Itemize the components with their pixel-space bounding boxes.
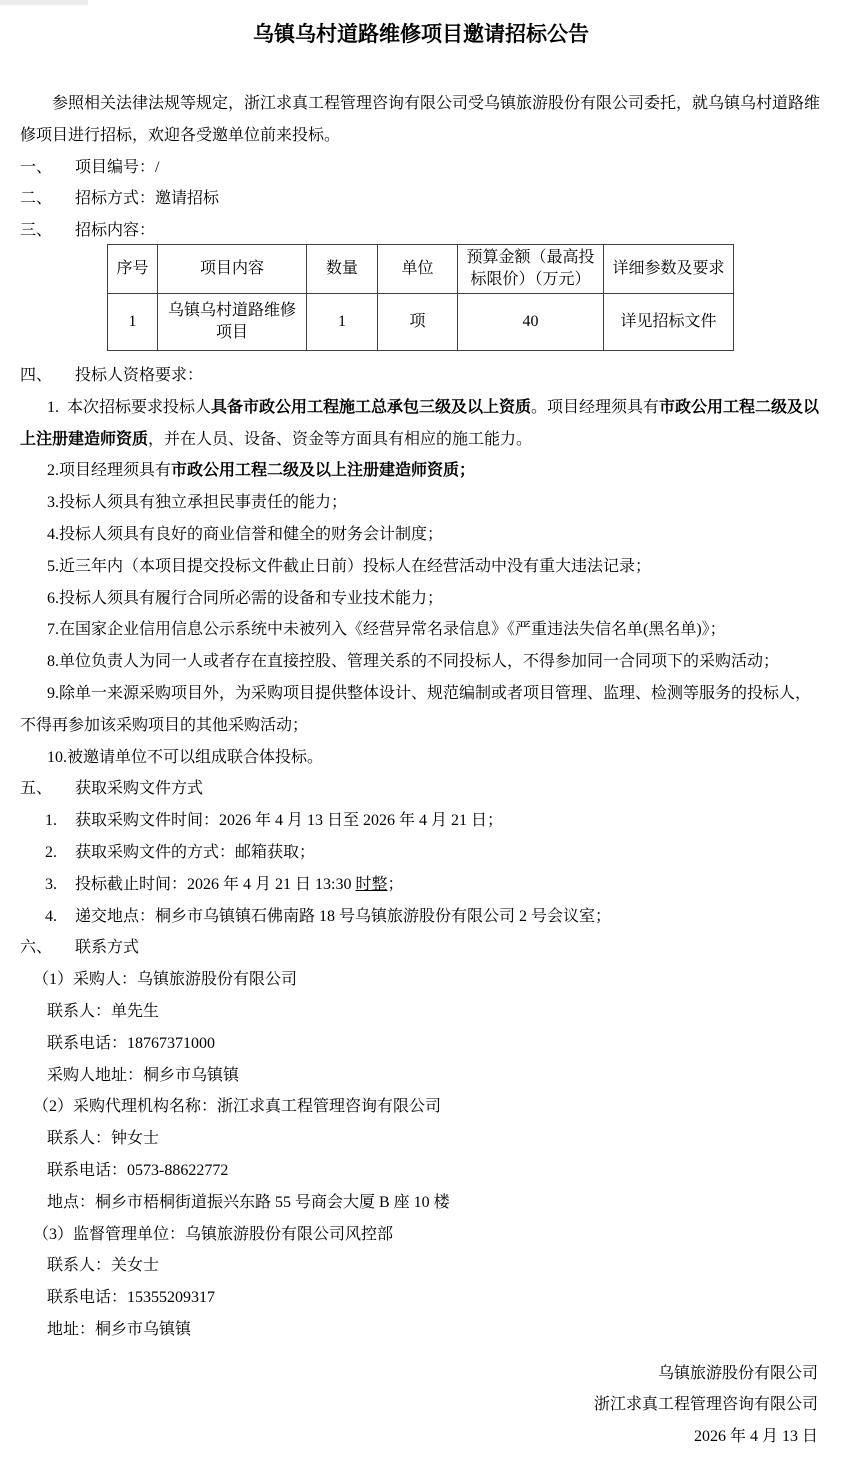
text-segment: 投标截止时间：2026 年 4 月 21 日 13:30 — [75, 876, 355, 893]
section-tender-content: 三、招标内容： — [0, 215, 842, 247]
text-segment: 1. 本次招标要求投标人 — [47, 399, 211, 416]
tender-items-table: 序号 项目内容 数量 单位 预算金额（最高投标限价）（万元） 详细参数及要求 1… — [107, 244, 734, 351]
header-cell-unit: 单位 — [378, 244, 458, 293]
header-cell-seq: 序号 — [108, 244, 158, 293]
text-segment: 递交地点：桐乡市乌镇镇石佛南路 18 号乌镇旅游股份有限公司 2 号会议室； — [75, 908, 611, 925]
section-tender-method: 二、招标方式：邀请招标 — [0, 183, 842, 215]
section-text: 项目编号：/ — [75, 159, 159, 176]
qualification-item-9: 9.除单一来源采购项目外，为采购项目提供整体设计、规范编制或者项目管理、监理、检… — [0, 678, 842, 742]
section-marker: 二、 — [20, 183, 75, 215]
text-segment: ，并在人员、设备、资金等方面具有相应的施工能力。 — [148, 431, 532, 448]
header-cell-qty: 数量 — [307, 244, 378, 293]
scan-artifact-bar — [0, 0, 88, 5]
contact-group-agency: （2）采购代理机构名称：浙江求真工程管理咨询有限公司 — [0, 1091, 842, 1123]
document-title: 乌镇乌村道路维修项目邀请招标公告 — [0, 0, 842, 46]
cell-seq: 1 — [108, 293, 158, 350]
contact-phone: 联系电话：0573-88622772 — [0, 1155, 842, 1187]
qualification-item-4: 4.投标人须具有良好的商业信誉和健全的财务会计制度； — [0, 519, 842, 551]
section-text: 招标方式：邀请招标 — [75, 190, 219, 207]
section-bidder-qualifications: 四、投标人资格要求： — [0, 360, 842, 392]
text-segment: 9.除单一来源采购项目外，为采购项目提供整体设计、规范编制或者项目管理、监理、检… — [20, 685, 811, 734]
section-marker: 三、 — [20, 215, 75, 247]
text-segment: 10.被邀请单位不可以组成联合体投标。 — [47, 749, 323, 766]
section-text: 联系方式 — [75, 939, 139, 956]
signature-date: 2026 年 4 月 13 日 — [0, 1421, 818, 1453]
table-row: 1 乌镇乌村道路维修项目 1 项 40 详见招标文件 — [108, 293, 734, 350]
text-segment: 5.近三年内（本项目提交投标文件截止日前）投标人在经营活动中没有重大违法记录； — [47, 558, 651, 575]
qualification-item-6: 6.投标人须具有履行合同所必需的设备和专业技术能力； — [0, 583, 842, 615]
cell-params: 详见招标文件 — [604, 293, 734, 350]
contact-person: 联系人：钟女士 — [0, 1123, 842, 1155]
tender-announcement-document: 乌镇乌村道路维修项目邀请招标公告 参照相关法律法规等规定，浙江求真工程管理咨询有… — [0, 0, 842, 1463]
procurement-item-4: 4.递交地点：桐乡市乌镇镇石佛南路 18 号乌镇旅游股份有限公司 2 号会议室； — [0, 901, 842, 933]
item-text: 递交地点：桐乡市乌镇镇石佛南路 18 号乌镇旅游股份有限公司 2 号会议室； — [75, 908, 611, 925]
section-marker: 一、 — [20, 152, 75, 184]
signature-block: 乌镇旅游股份有限公司 浙江求真工程管理咨询有限公司 2026 年 4 月 13 … — [0, 1358, 842, 1453]
qualification-item-8: 8.单位负责人为同一人或者存在直接控股、管理关系的不同投标人，不得参加同一合同项… — [0, 646, 842, 678]
item-number: 3. — [45, 869, 75, 901]
table-header-row: 序号 项目内容 数量 单位 预算金额（最高投标限价）（万元） 详细参数及要求 — [108, 244, 734, 293]
item-number: 1. — [45, 805, 75, 837]
contact-group-purchaser: （1）采购人：乌镇旅游股份有限公司 — [0, 964, 842, 996]
header-cell-content: 项目内容 — [158, 244, 307, 293]
text-segment: 。项目经理须具有 — [531, 399, 659, 416]
section-contact-info: 六、联系方式 — [0, 932, 842, 964]
text-segment: 7.在国家企业信用信息公示系统中未被列入《经营异常名录信息》《严重违法失信名单(… — [47, 621, 726, 638]
contact-phone: 联系电话：18767371000 — [0, 1028, 842, 1060]
header-cell-budget: 预算金额（最高投标限价）（万元） — [458, 244, 604, 293]
section-text: 投标人资格要求： — [75, 367, 203, 384]
section-text: 获取采购文件方式 — [75, 780, 203, 797]
qualification-item-3: 3.投标人须具有独立承担民事责任的能力； — [0, 487, 842, 519]
section-marker: 四、 — [20, 360, 75, 392]
procurement-item-2: 2.获取采购文件的方式：邮箱获取； — [0, 837, 842, 869]
contact-address: 地址：桐乡市乌镇镇 — [0, 1314, 842, 1346]
cell-qty: 1 — [307, 293, 378, 350]
item-text: 获取采购文件时间：2026 年 4 月 13 日至 2026 年 4 月 21 … — [75, 812, 503, 829]
text-segment: 8.单位负责人为同一人或者存在直接控股、管理关系的不同投标人，不得参加同一合同项… — [47, 653, 779, 670]
section-text: 招标内容： — [75, 222, 155, 239]
qualification-item-1: 1. 本次招标要求投标人具备市政公用工程施工总承包三级及以上资质。项目经理须具有… — [0, 392, 842, 456]
text-segment: ； — [387, 876, 403, 893]
text-segment: 获取采购文件的方式：邮箱获取； — [75, 844, 315, 861]
intro-paragraph: 参照相关法律法规等规定，浙江求真工程管理咨询有限公司受乌镇旅游股份有限公司委托，… — [20, 88, 822, 152]
text-segment: 2.项目经理须具有 — [47, 462, 171, 479]
contact-person: 联系人：关女士 — [0, 1250, 842, 1282]
procurement-item-1: 1.获取采购文件时间：2026 年 4 月 13 日至 2026 年 4 月 2… — [0, 805, 842, 837]
signature-agency: 浙江求真工程管理咨询有限公司 — [0, 1389, 818, 1421]
contact-person: 联系人：单先生 — [0, 996, 842, 1028]
qualification-item-2: 2.项目经理须具有市政公用工程二级及以上注册建造师资质； — [0, 455, 842, 487]
text-segment: 获取采购文件时间：2026 年 4 月 13 日至 2026 年 4 月 21 … — [75, 812, 503, 829]
cell-unit: 项 — [378, 293, 458, 350]
qualification-item-10: 10.被邀请单位不可以组成联合体投标。 — [0, 742, 842, 774]
qualification-item-5: 5.近三年内（本项目提交投标文件截止日前）投标人在经营活动中没有重大违法记录； — [0, 551, 842, 583]
qualification-item-7: 7.在国家企业信用信息公示系统中未被列入《经营异常名录信息》《严重违法失信名单(… — [0, 614, 842, 646]
section-marker: 五、 — [20, 773, 75, 805]
section-project-number: 一、项目编号：/ — [0, 152, 842, 184]
item-text: 投标截止时间：2026 年 4 月 21 日 13:30 时整； — [75, 876, 403, 893]
text-segment: 市政公用工程二级及以上注册建造师资质； — [171, 462, 475, 479]
text-segment: 具备市政公用工程施工总承包三级及以上资质 — [211, 399, 531, 416]
text-segment: 4.投标人须具有良好的商业信誉和健全的财务会计制度； — [47, 526, 443, 543]
item-number: 4. — [45, 901, 75, 933]
contact-phone: 联系电话：15355209317 — [0, 1282, 842, 1314]
text-segment: 时整 — [355, 876, 387, 893]
header-cell-params: 详细参数及要求 — [604, 244, 734, 293]
text-segment: 6.投标人须具有履行合同所必需的设备和专业技术能力； — [47, 590, 443, 607]
cell-budget: 40 — [458, 293, 604, 350]
item-text: 获取采购文件的方式：邮箱获取； — [75, 844, 315, 861]
procurement-item-3: 3.投标截止时间：2026 年 4 月 21 日 13:30 时整； — [0, 869, 842, 901]
section-marker: 六、 — [20, 932, 75, 964]
section-document-acquisition: 五、获取采购文件方式 — [0, 773, 842, 805]
contact-address: 地点：桐乡市梧桐街道振兴东路 55 号商会大厦 B 座 10 楼 — [0, 1187, 842, 1219]
text-segment: 3.投标人须具有独立承担民事责任的能力； — [47, 494, 347, 511]
contact-address: 采购人地址：桐乡市乌镇镇 — [0, 1060, 842, 1092]
signature-purchaser: 乌镇旅游股份有限公司 — [0, 1358, 818, 1390]
contact-group-supervisor: （3）监督管理单位：乌镇旅游股份有限公司风控部 — [0, 1219, 842, 1251]
cell-content: 乌镇乌村道路维修项目 — [158, 293, 307, 350]
item-number: 2. — [45, 837, 75, 869]
